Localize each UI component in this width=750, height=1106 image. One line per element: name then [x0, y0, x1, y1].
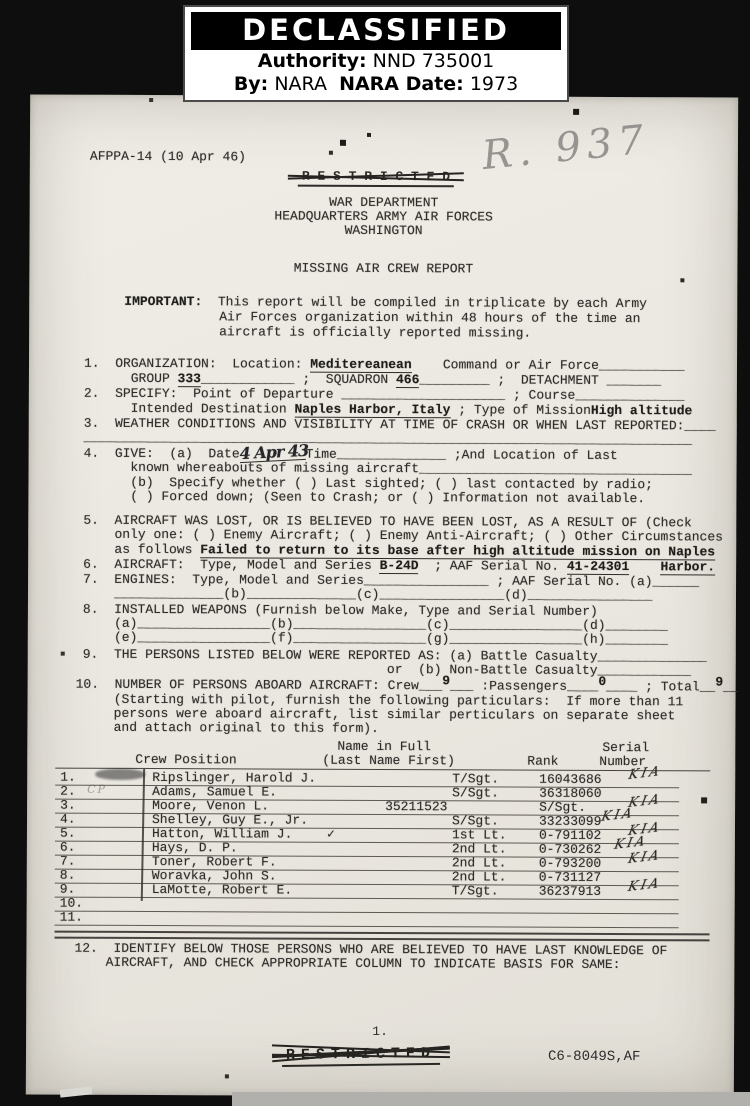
nara-date-value: 1973 [470, 73, 518, 95]
important-label: IMPORTANT: [124, 294, 202, 309]
aaf-serial-value: 41-24301 [567, 559, 629, 575]
item-4-number: 4. [84, 446, 100, 461]
column-header-lastname: (Last Name First) [322, 754, 455, 769]
crew-rank: T/Sgt. [452, 884, 499, 898]
item-8-line-3: (e)_________________(f)_________________… [83, 631, 668, 648]
passengers-label: ___ :Passengers____ [450, 678, 598, 694]
restricted-stamp-struck: R E S T R I C T E D [298, 169, 454, 188]
by-label: By: [234, 73, 268, 95]
aircraft-type-value: B-24D [380, 558, 419, 574]
check-mark: ✓ [327, 828, 335, 842]
item-2-number: 2. [84, 386, 100, 401]
row-number: 10. [60, 897, 83, 911]
dept-line-3: WASHINGTON [30, 222, 738, 239]
row-number: 9. [60, 883, 76, 897]
reason-continuation: Harbor. [660, 559, 715, 575]
squadron-value: 466 [396, 372, 419, 388]
authority-value: NND 735001 [373, 50, 495, 72]
group-label: GROUP [84, 371, 178, 386]
form-reference: AFPPA-14 (10 Apr 46) [90, 150, 246, 165]
item-7-line-2: ______________(b)______________(c)______… [83, 587, 653, 603]
declassified-by-line: By: NARA NARA Date: 1973 [191, 73, 561, 96]
scan-edge-strip [232, 1092, 750, 1106]
item-10-line-4: and attach original to this form). [82, 721, 379, 736]
item-12-number: 12. [74, 941, 97, 956]
mission-value: High altitude [591, 403, 692, 418]
section-rule [55, 931, 710, 936]
dust-specks [30, 94, 32, 96]
item-10-number: 10. [76, 677, 99, 692]
spacer: __ [723, 679, 739, 694]
scanned-document-photo: { "banner": { "title": "DECLASSIFIED", "… [0, 0, 750, 1106]
crew-name: LaMotte, Robert E. [152, 883, 292, 898]
destination-label: Intended Destination [84, 401, 295, 417]
item-1-text: ORGANIZATION: Location: [100, 356, 311, 372]
important-line-1: IMPORTANT: This report will be compiled … [124, 295, 647, 311]
row-number: 3. [60, 799, 76, 813]
item-3-rule: ________________________________________… [84, 431, 693, 448]
crew-rank: S/Sgt. [452, 786, 499, 800]
handwritten-report-number: R. 937 [480, 117, 652, 180]
important-line-3: aircraft is officially reported missing. [219, 325, 531, 340]
item-6-number: 6. [83, 557, 99, 572]
row-number: 8. [60, 869, 76, 883]
row-number: 6. [60, 841, 76, 855]
location-value: Meditereanean [310, 357, 411, 373]
aaf-serial-label: ; AAF Serial No. [419, 558, 567, 574]
crew-serial: 36237913 [539, 885, 601, 899]
total-label: ____ ; Total__ [606, 679, 715, 694]
item-1-number: 1. [84, 356, 100, 371]
item-5-number: 5. [83, 513, 99, 528]
table-row: 11. [55, 911, 679, 929]
report-page: AFPPA-14 (10 Apr 46) R E S T R I C T E D… [26, 94, 738, 1097]
report-title: MISSING AIR CREW REPORT [29, 260, 737, 277]
item-12-line-2: AIRCRAFT, AND CHECK APPROPRIATE COLUMN T… [74, 956, 620, 972]
restricted-stamp-scribbled: RESTRICTED [282, 1045, 440, 1067]
squadron-label: ____________ ; SQUADRON [201, 371, 396, 387]
kia-annotation: KIA [627, 877, 663, 895]
as-follows-label: as follows [83, 542, 200, 558]
kia-annotation: KIA [627, 765, 663, 783]
item-8-number: 8. [83, 602, 99, 617]
kia-annotation: KIA [600, 807, 636, 825]
row-number: 11. [60, 911, 83, 925]
row-number: 5. [60, 827, 76, 841]
detachment-label: _________ ; DETACHMENT _______ [419, 372, 661, 388]
kia-annotation: KIA [627, 849, 663, 867]
crew-label: NUMBER OF PERSONS ABOARD AIRCRAFT: Crew_… [99, 677, 442, 693]
page-number: 1. [26, 1022, 734, 1040]
authority-label: Authority: [258, 50, 367, 72]
row-number: 2. [60, 785, 76, 799]
crew-rank: 35211523 [385, 800, 447, 814]
by-value: NARA [274, 73, 333, 95]
spacer [629, 559, 660, 574]
declassified-title: DECLASSIFIED [191, 12, 561, 50]
crew-count: 9 [442, 673, 450, 688]
column-header-position: Crew Position [135, 753, 236, 767]
item-7-number: 7. [83, 572, 99, 587]
passenger-count: 0 [598, 674, 606, 689]
aircraft-type-label: AIRCRAFT: Type, Model and Series [99, 557, 380, 573]
nara-date-label: NARA Date: [339, 73, 464, 95]
column-header-rank: Rank [527, 755, 558, 769]
declassified-banner: DECLASSIFIED Authority: NND 735001 By: N… [183, 5, 569, 102]
table-header-line-1: Name in FullSerial [27, 738, 735, 741]
item-1-text-2: Command or Air Force___________ [412, 357, 685, 373]
declassified-authority-line: Authority: NND 735001 [191, 50, 561, 73]
mission-label: ; Type of Mission [450, 402, 591, 418]
group-value: 333 [178, 371, 201, 387]
form-number: C6-8049S,AF [548, 1049, 640, 1065]
total-count: 9 [715, 674, 723, 689]
item-9-number: 9. [83, 647, 99, 662]
item-4-line-4: ( ) Forced down; (Seen to Crash; or ( ) … [83, 490, 645, 506]
item-3-number: 3. [84, 416, 100, 431]
row-number: 7. [60, 855, 76, 869]
row-number: 1. [60, 771, 76, 785]
row-number: 4. [60, 813, 76, 827]
